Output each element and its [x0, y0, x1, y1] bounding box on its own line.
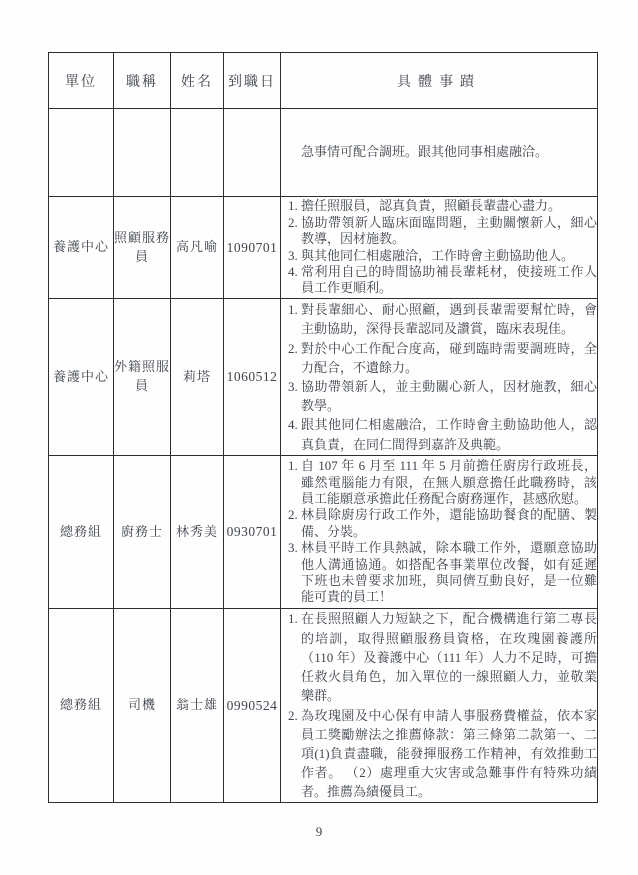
- unit-cell: 養護中心: [49, 299, 114, 456]
- title-cell: 司機: [114, 609, 171, 803]
- title-cell: 外籍照服員: [114, 299, 171, 456]
- name-cell: 林秀美: [171, 456, 224, 609]
- unit-cell: [49, 109, 114, 197]
- date-cell: 0930701: [224, 456, 281, 609]
- name-cell: 翁士雄: [171, 609, 224, 803]
- continuation-text: 急事情可配合調班。跟其他同事相處融洽。: [301, 144, 597, 161]
- unit-cell: 總務組: [49, 609, 114, 803]
- achievement-item: 常利用自己的時間協助補長輩耗材，使接班工作人員工作更順利。: [301, 264, 597, 297]
- title-cell: 照顧服務員: [114, 197, 171, 299]
- achievements-cell: 自 107 年 6 月至 111 年 5 月前擔任廚房行政班長，雖然電腦能力有限…: [281, 456, 598, 609]
- header-date: 到職日: [224, 53, 281, 109]
- table-row-continuation: 急事情可配合調班。跟其他同事相處融洽。: [49, 109, 598, 197]
- page-number: 9: [0, 824, 638, 840]
- header-achievements: 具體事蹟: [281, 53, 598, 109]
- name-cell: 高凡喻: [171, 197, 224, 299]
- table-row: 總務組 司機 翁士雄 0990524 在長照照顧人力短缺之下，配合機構進行第二專…: [49, 609, 598, 803]
- date-cell: [224, 109, 281, 197]
- achievements-cell: 對長輩細心、耐心照顧，遇到長輩需要幫忙時，會主動協助，深得長輩認同及讚賞，臨床表…: [281, 299, 598, 456]
- unit-cell: 養護中心: [49, 197, 114, 299]
- achievement-list: 在長照照顧人力短缺之下，配合機構進行第二專長的培訓，取得照顧服務員資格，在玫瑰園…: [281, 609, 597, 801]
- header-name: 姓名: [171, 53, 224, 109]
- title-cell: 廚務士: [114, 456, 171, 609]
- date-cell: 1090701: [224, 197, 281, 299]
- achievement-item: 林員除廚房行政工作外，還能協助餐食的配膳、製備、分裝。: [301, 507, 597, 540]
- name-cell: [171, 109, 224, 197]
- achievement-item: 協助帶領新人臨床面臨問題，主動關懷新人，細心教導，因材施教。: [301, 215, 597, 248]
- title-cell: [114, 109, 171, 197]
- unit-cell: 總務組: [49, 456, 114, 609]
- achievement-item: 擔任照服員，認真負責，照顧長輩盡心盡力。: [301, 198, 597, 214]
- achievement-item: 協助帶領新人，並主動關心新人，因材施教，細心教學。: [301, 377, 597, 415]
- achievement-item: 對長輩細心、耐心照顧，遇到長輩需要幫忙時，會主動協助，深得長輩認同及讚賞，臨床表…: [301, 300, 597, 338]
- achievements-cell: 擔任照服員，認真負責，照顧長輩盡心盡力。 協助帶領新人臨床面臨問題，主動關懷新人…: [281, 197, 598, 299]
- achievement-list: 自 107 年 6 月至 111 年 5 月前擔任廚房行政班長，雖然電腦能力有限…: [281, 458, 597, 606]
- name-cell: 莉塔: [171, 299, 224, 456]
- achievement-item: 對於中心工作配合度高，碰到臨時需要調班時，全力配合，不遺餘力。: [301, 339, 597, 377]
- achievements-cell: 急事情可配合調班。跟其他同事相處融洽。: [281, 109, 598, 197]
- table-row: 養護中心 照顧服務員 高凡喻 1090701 擔任照服員，認真負責，照顧長輩盡心…: [49, 197, 598, 299]
- table-header-row: 單位 職稱 姓名 到職日 具體事蹟: [49, 53, 598, 109]
- personnel-award-table: 單位 職稱 姓名 到職日 具體事蹟 急事情可配合調班。跟其他同事相處融洽。 養護…: [48, 52, 598, 803]
- document-page: 單位 職稱 姓名 到職日 具體事蹟 急事情可配合調班。跟其他同事相處融洽。 養護…: [0, 0, 638, 875]
- achievement-item: 為玫瑰園及中心保有申請人事服務費權益，依本家員工獎勵辦法之推薦條款：第三條第二款…: [301, 706, 597, 802]
- table-row: 總務組 廚務士 林秀美 0930701 自 107 年 6 月至 111 年 5…: [49, 456, 598, 609]
- achievement-item: 自 107 年 6 月至 111 年 5 月前擔任廚房行政班長，雖然電腦能力有限…: [301, 458, 597, 507]
- header-unit: 單位: [49, 53, 114, 109]
- achievement-item: 與其他同仁相處融洽，工作時會主動協助他人。: [301, 248, 597, 264]
- header-title: 職稱: [114, 53, 171, 109]
- achievement-list: 對長輩細心、耐心照顧，遇到長輩需要幫忙時，會主動協助，深得長輩認同及讚賞，臨床表…: [281, 300, 597, 454]
- date-cell: 1060512: [224, 299, 281, 456]
- achievement-item: 林員平時工作具熱誠，除本職工作外，還願意協助他人溝通協通。如搭配各事業單位改餐，…: [301, 540, 597, 606]
- achievement-item: 跟其他同仁相處融洽，工作時會主動協助他人，認真負責，在同仁間得到嘉許及典範。: [301, 415, 597, 453]
- achievement-list: 擔任照服員，認真負責，照顧長輩盡心盡力。 協助帶領新人臨床面臨問題，主動關懷新人…: [281, 198, 597, 296]
- table-row: 養護中心 外籍照服員 莉塔 1060512 對長輩細心、耐心照顧，遇到長輩需要幫…: [49, 299, 598, 456]
- date-cell: 0990524: [224, 609, 281, 803]
- achievements-cell: 在長照照顧人力短缺之下，配合機構進行第二專長的培訓，取得照顧服務員資格，在玫瑰園…: [281, 609, 598, 803]
- achievement-item: 在長照照顧人力短缺之下，配合機構進行第二專長的培訓，取得照顧服務員資格，在玫瑰園…: [301, 609, 597, 705]
